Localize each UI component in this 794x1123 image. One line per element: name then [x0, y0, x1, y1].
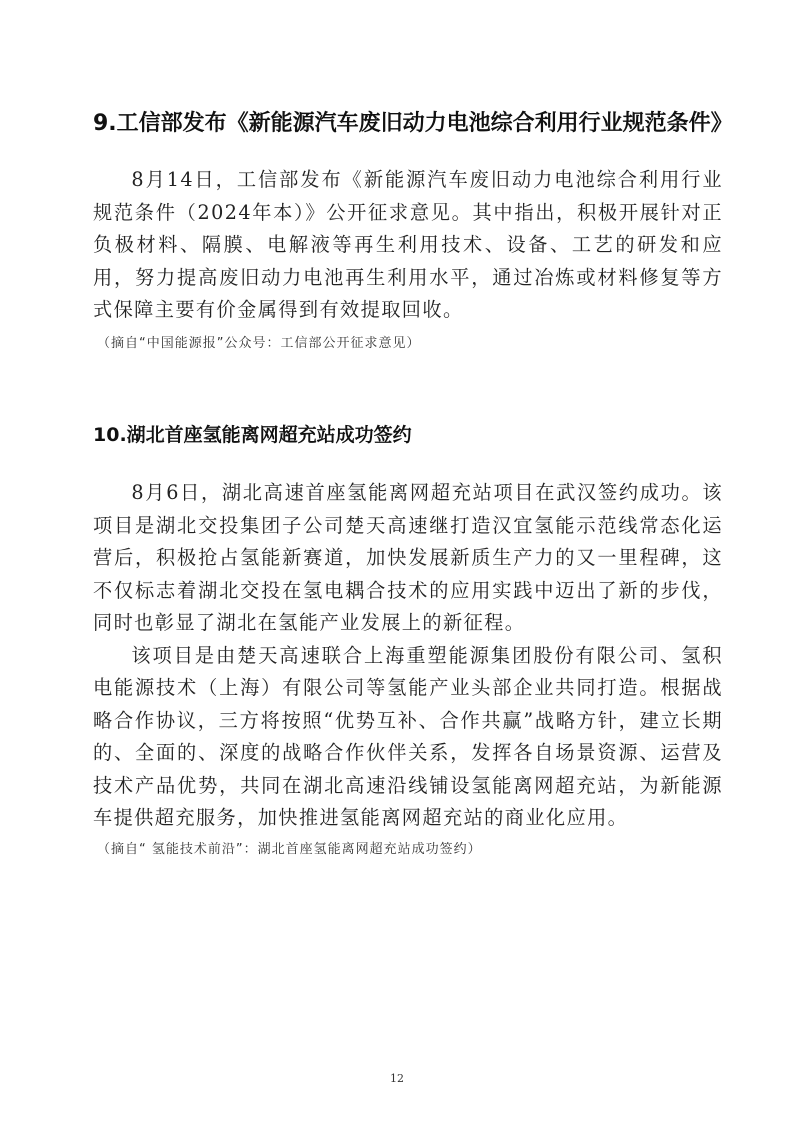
paragraph: 该项目是由楚天高速联合上海重塑能源集团股份有限公司、氢积电能源技术（上海）有限公…	[93, 640, 723, 835]
source-citation: （摘自“ 氢能技术前沿”：湖北首座氢能离网超充站成功签约）	[97, 838, 482, 857]
document-page: 9.工信部发布《新能源汽车废旧动力电池综合利用行业规范条件》 8月14日，工信部…	[0, 0, 794, 1123]
paragraph: 8月14日，工信部发布《新能源汽车废旧动力电池综合利用行业规范条件（2024年本…	[93, 164, 723, 327]
paragraph: 8月6日，湖北高速首座氢能离网超充站项目在武汉签约成功。该项目是湖北交投集团子公…	[93, 477, 723, 640]
section-heading: 10.湖北首座氢能离网超充站成功签约	[93, 420, 412, 447]
section-heading: 9.工信部发布《新能源汽车废旧动力电池综合利用行业规范条件》	[93, 106, 733, 137]
source-citation: （摘自“中国能源报”公众号：工信部公开征求意见）	[97, 332, 420, 351]
section-body: 8月6日，湖北高速首座氢能离网超充站项目在武汉签约成功。该项目是湖北交投集团子公…	[93, 477, 723, 835]
section-body: 8月14日，工信部发布《新能源汽车废旧动力电池综合利用行业规范条件（2024年本…	[93, 164, 723, 327]
page-number: 12	[0, 1072, 794, 1085]
